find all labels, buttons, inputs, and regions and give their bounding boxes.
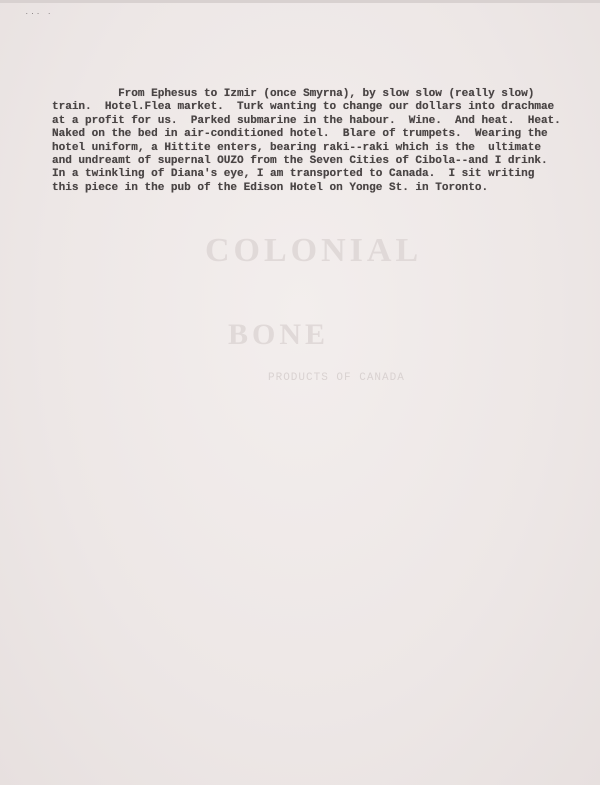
document-page: COLONIAL BONE PRODUCTS OF CANADA ... . F… (0, 0, 600, 785)
paragraph-line: Naked on the bed in air-conditioned hote… (52, 128, 597, 141)
page-top-edge (0, 0, 600, 3)
paragraph-line: train. Hotel.Flea market. Turk wanting t… (52, 101, 597, 114)
paragraph-line: at a profit for us. Parked submarine in … (52, 115, 597, 128)
bleed-through-heading: BONE (228, 318, 329, 352)
paragraph-line: and undreamt of supernal OUZO from the S… (52, 155, 597, 168)
paragraph-line: In a twinkling of Diana's eye, I am tran… (52, 168, 597, 181)
paragraph-line: this piece in the pub of the Edison Hote… (52, 182, 597, 195)
typewritten-paragraph: From Ephesus to Izmir (once Smyrna), by … (52, 88, 597, 195)
paragraph-line: From Ephesus to Izmir (once Smyrna), by … (52, 88, 597, 101)
corner-marks: ... . (25, 9, 53, 16)
paragraph-line: hotel uniform, a Hittite enters, bearing… (52, 142, 597, 155)
bleed-through-heading: COLONIAL (205, 232, 422, 270)
bleed-through-subheading: PRODUCTS OF CANADA (268, 372, 405, 384)
